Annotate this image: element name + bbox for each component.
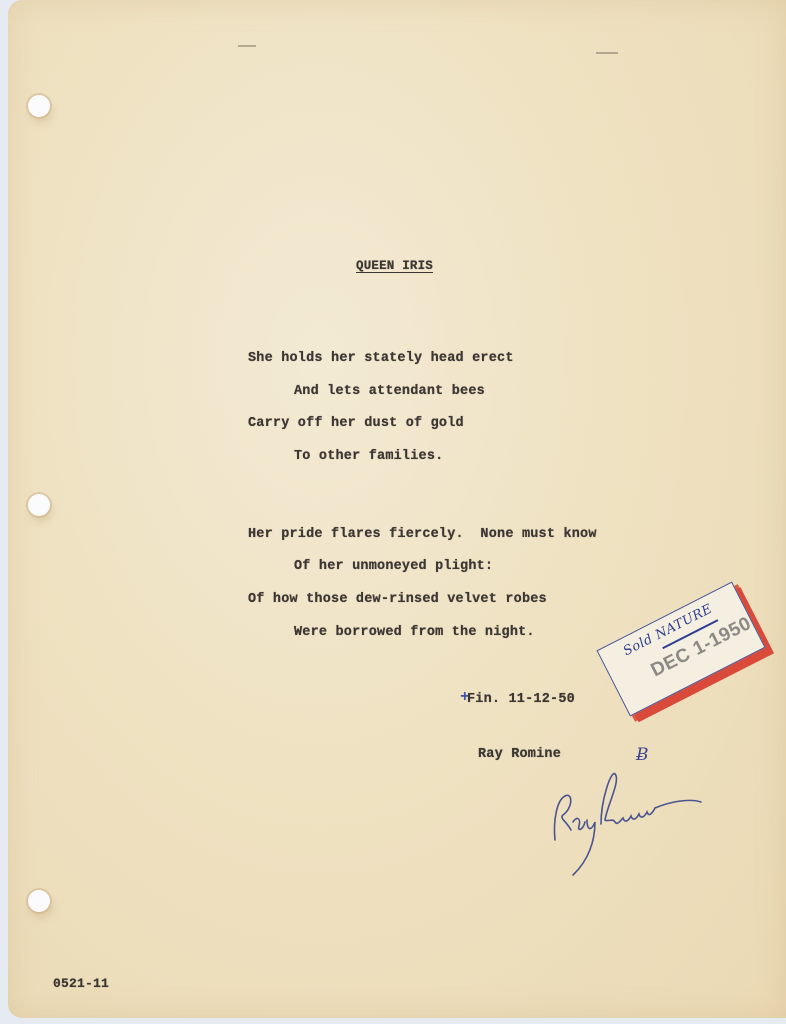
document-number: 0521-11 — [53, 976, 109, 991]
poem-line: Were borrowed from the night. — [294, 625, 535, 640]
poem-title: QUEEN IRIS — [356, 259, 433, 273]
poem-line: Her pride flares fiercely. None must kno… — [248, 527, 597, 542]
binder-hole-bottom — [28, 890, 50, 912]
poem-line: She holds her stately head erect — [248, 351, 514, 366]
finished-date: Fin. 11-12-50 — [467, 692, 575, 707]
binder-hole-middle — [28, 494, 50, 516]
poem-line: And lets attendant bees — [294, 384, 485, 399]
author-signature — [543, 760, 713, 880]
poem-line: Of how those dew-rinsed velvet robes — [248, 592, 547, 607]
paper-mark — [596, 52, 618, 54]
typed-manuscript-page: QUEEN IRIS She holds her stately head er… — [8, 0, 786, 1018]
paper-mark — [238, 45, 256, 47]
sold-stamp: Sold NATURE DEC 1-1950 — [596, 582, 765, 717]
binder-hole-top — [28, 95, 50, 117]
poem-line: To other families. — [294, 449, 443, 464]
poem-line: Of her unmoneyed plight: — [294, 559, 493, 574]
poem-line: Carry off her dust of gold — [248, 416, 464, 431]
